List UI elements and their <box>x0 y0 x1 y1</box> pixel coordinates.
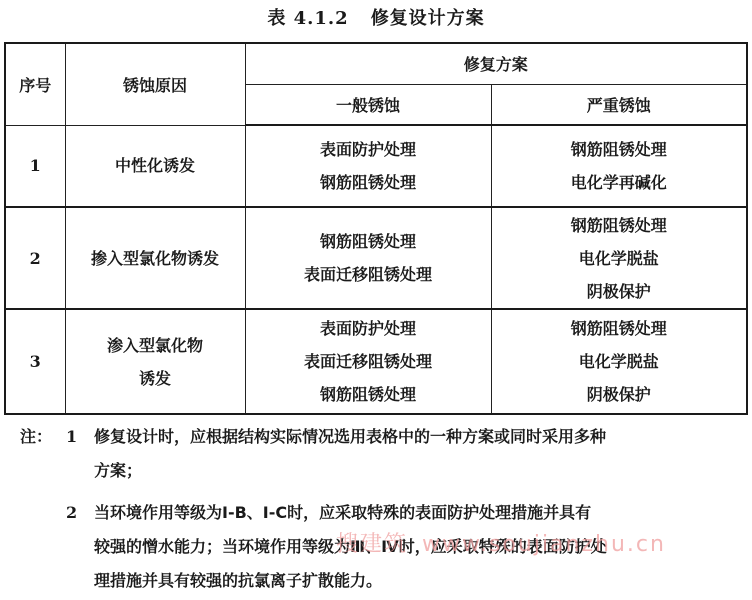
severe-line: 钢筋阻锈处理 <box>492 209 747 242</box>
notes-label: 注： <box>20 420 52 454</box>
row-general: 钢筋阻锈处理 表面迁移阻锈处理 <box>245 207 491 309</box>
severe-line: 钢筋阻锈处理 <box>492 133 747 166</box>
cause-line: 掺入型氯化物诱发 <box>66 242 245 275</box>
note-text: 较强的憎水能力；当环境作用等级为Ⅲ、Ⅳ时，应采取特殊的表面防护处 <box>94 530 746 564</box>
general-line: 钢筋阻锈处理 <box>246 225 491 258</box>
header-general: 一般锈蚀 <box>245 84 491 125</box>
row-index: 1 <box>5 125 65 207</box>
table-row: 1 中性化诱发 表面防护处理 钢筋阻锈处理 钢筋阻锈处理 电化学再碱化 <box>5 125 747 207</box>
note-2-line-2: 较强的憎水能力；当环境作用等级为Ⅲ、Ⅳ时，应采取特殊的表面防护处 <box>0 530 752 564</box>
row-severe: 钢筋阻锈处理 电化学脱盐 阴极保护 <box>491 309 747 414</box>
header-plan-group: 修复方案 <box>245 43 747 84</box>
note-2-line-1: 2 当环境作用等级为Ⅰ-B、Ⅰ-C时，应采取特殊的表面防护处理措施并具有 <box>0 496 752 530</box>
row-severe: 钢筋阻锈处理 电化学脱盐 阴极保护 <box>491 207 747 309</box>
row-cause: 掺入型氯化物诱发 <box>65 207 245 309</box>
general-line: 表面防护处理 <box>246 312 491 345</box>
note-text: 方案； <box>94 454 746 488</box>
repair-design-table: 序号 锈蚀原因 修复方案 一般锈蚀 严重锈蚀 1 中性化诱发 表面防护处理 钢筋… <box>4 42 748 415</box>
note-text: 当环境作用等级为Ⅰ-B、Ⅰ-C时，应采取特殊的表面防护处理措施并具有 <box>94 496 746 530</box>
note-number: 1 <box>66 420 77 454</box>
note-2-line-3: 理措施并具有较强的抗氯离子扩散能力。 <box>0 564 752 598</box>
note-text: 修复设计时，应根据结构实际情况选用表格中的一种方案或同时采用多种 <box>94 420 746 454</box>
header-severe: 严重锈蚀 <box>491 84 747 125</box>
general-line: 钢筋阻锈处理 <box>246 378 491 411</box>
row-severe: 钢筋阻锈处理 电化学再碱化 <box>491 125 747 207</box>
table-row: 3 渗入型氯化物 诱发 表面防护处理 表面迁移阻锈处理 钢筋阻锈处理 钢筋阻锈处… <box>5 309 747 414</box>
row-general: 表面防护处理 表面迁移阻锈处理 钢筋阻锈处理 <box>245 309 491 414</box>
row-index: 2 <box>5 207 65 309</box>
severe-line: 电化学脱盐 <box>492 242 747 275</box>
row-cause: 中性化诱发 <box>65 125 245 207</box>
severe-line: 阴极保护 <box>492 275 747 308</box>
severe-line: 阴极保护 <box>492 378 747 411</box>
note-1-line-2: 方案； <box>0 454 752 488</box>
cause-line: 渗入型氯化物 <box>66 329 245 362</box>
note-number: 2 <box>66 496 77 530</box>
general-line: 表面防护处理 <box>246 133 491 166</box>
header-index: 序号 <box>5 43 65 125</box>
header-cause: 锈蚀原因 <box>65 43 245 125</box>
row-general: 表面防护处理 钢筋阻锈处理 <box>245 125 491 207</box>
general-line: 表面迁移阻锈处理 <box>246 258 491 291</box>
cause-line: 诱发 <box>66 362 245 395</box>
table-row: 2 掺入型氯化物诱发 钢筋阻锈处理 表面迁移阻锈处理 钢筋阻锈处理 电化学脱盐 … <box>5 207 747 309</box>
row-index: 3 <box>5 309 65 414</box>
severe-line: 电化学再碱化 <box>492 166 747 199</box>
table-notes: 注： 1 修复设计时，应根据结构实际情况选用表格中的一种方案或同时采用多种 方案… <box>0 420 752 598</box>
table-number: 表 4.1.2 <box>267 8 348 29</box>
general-line: 表面迁移阻锈处理 <box>246 345 491 378</box>
note-1-line-1: 注： 1 修复设计时，应根据结构实际情况选用表格中的一种方案或同时采用多种 <box>0 420 752 454</box>
table-name: 修复设计方案 <box>371 8 485 29</box>
cause-line: 中性化诱发 <box>66 149 245 182</box>
general-line: 钢筋阻锈处理 <box>246 166 491 199</box>
severe-line: 电化学脱盐 <box>492 345 747 378</box>
row-cause: 渗入型氯化物 诱发 <box>65 309 245 414</box>
table-title: 表 4.1.2修复设计方案 <box>0 4 752 30</box>
note-text: 理措施并具有较强的抗氯离子扩散能力。 <box>94 564 746 598</box>
severe-line: 钢筋阻锈处理 <box>492 312 747 345</box>
